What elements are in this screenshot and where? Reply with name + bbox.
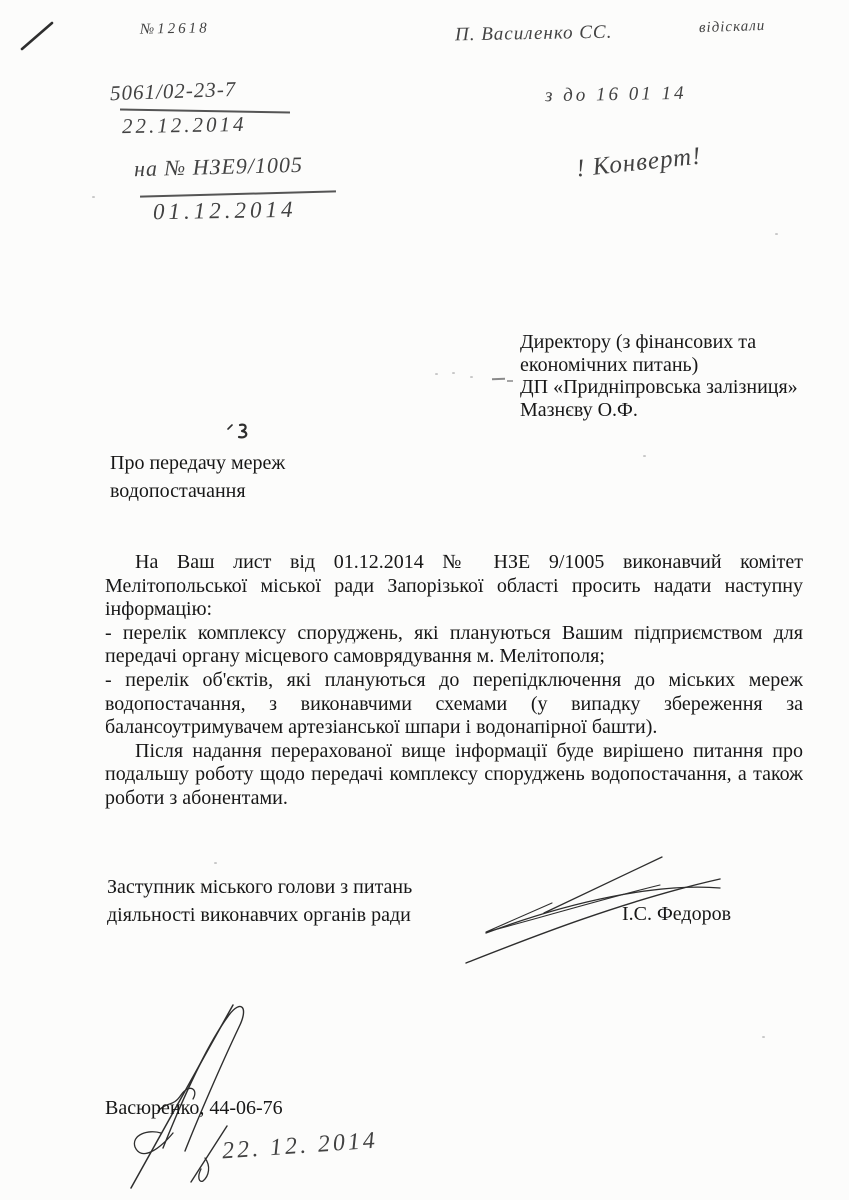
body-paragraph: - перелік комплексу споруджень, які план… bbox=[105, 622, 803, 669]
scan-speck bbox=[92, 196, 95, 198]
ink-smudge-mark bbox=[226, 421, 252, 443]
handwritten-addressee-note: П. Василенко СС. bbox=[455, 22, 613, 47]
recipient-block: Директору (з фінансових та економічних п… bbox=[520, 331, 798, 421]
handwritten-deadline-note: з до 16 01 14 bbox=[545, 83, 687, 107]
scan-speck bbox=[214, 862, 217, 864]
ref-number-underline bbox=[140, 190, 336, 197]
scan-speck bbox=[435, 373, 438, 375]
body-paragraph: Після надання перерахованої вище інформа… bbox=[105, 740, 803, 811]
scanned-letter-page: №12618 П. Василенко СС. відіскали 5061/0… bbox=[0, 0, 849, 1200]
scan-speck bbox=[352, 642, 355, 644]
body-paragraph: - перелік об'єктів, які плануються до пе… bbox=[105, 669, 803, 740]
scan-speck bbox=[775, 233, 778, 235]
recipient-line: економічних питань) bbox=[520, 354, 798, 377]
handwritten-ref-date: 01.12.2014 bbox=[153, 197, 297, 226]
pen-dash-mark bbox=[507, 380, 513, 382]
recipient-line: Директору (з фінансових та bbox=[520, 331, 798, 354]
scan-speck bbox=[470, 376, 473, 378]
subject-line: водопостачання bbox=[110, 477, 285, 505]
handwritten-side-note: відіскали bbox=[699, 18, 766, 37]
handwritten-reg-date: 22.12.2014 bbox=[122, 112, 247, 139]
subject-block: Про передачу мереж водопостачання bbox=[110, 449, 285, 505]
subject-line: Про передачу мереж bbox=[110, 449, 285, 477]
handwritten-ref-number: на № НЗЕ9/1005 bbox=[134, 152, 304, 182]
pen-slash-mark bbox=[18, 18, 58, 53]
scan-speck bbox=[643, 455, 646, 457]
body-paragraph: На Ваш лист від 01.12.2014 № НЗЕ 9/1005 … bbox=[105, 551, 803, 622]
recipient-line: ДП «Придніпровська залізниця» bbox=[520, 376, 798, 399]
handwritten-envelope-note: ! Конверт! bbox=[575, 143, 703, 184]
signer-title-line: Заступник міського голови з питань bbox=[107, 873, 412, 901]
handwritten-incoming-number: №12618 bbox=[140, 20, 210, 38]
executor-line: Васюренко, 44-06-76 bbox=[105, 1097, 283, 1120]
signer-title-line: діяльності виконавчих органів ради bbox=[107, 901, 412, 929]
recipient-line: Мазнєву О.Ф. bbox=[520, 399, 798, 422]
scan-speck bbox=[762, 1036, 765, 1038]
pen-dash-mark bbox=[492, 378, 505, 380]
letter-body: На Ваш лист від 01.12.2014 № НЗЕ 9/1005 … bbox=[105, 551, 803, 811]
handwritten-reg-number: 5061/02-23-7 bbox=[110, 77, 237, 106]
signer-title-block: Заступник міського голови з питань діяль… bbox=[107, 873, 412, 929]
signer-name: І.С. Федоров bbox=[622, 903, 731, 926]
scan-speck bbox=[452, 372, 455, 374]
